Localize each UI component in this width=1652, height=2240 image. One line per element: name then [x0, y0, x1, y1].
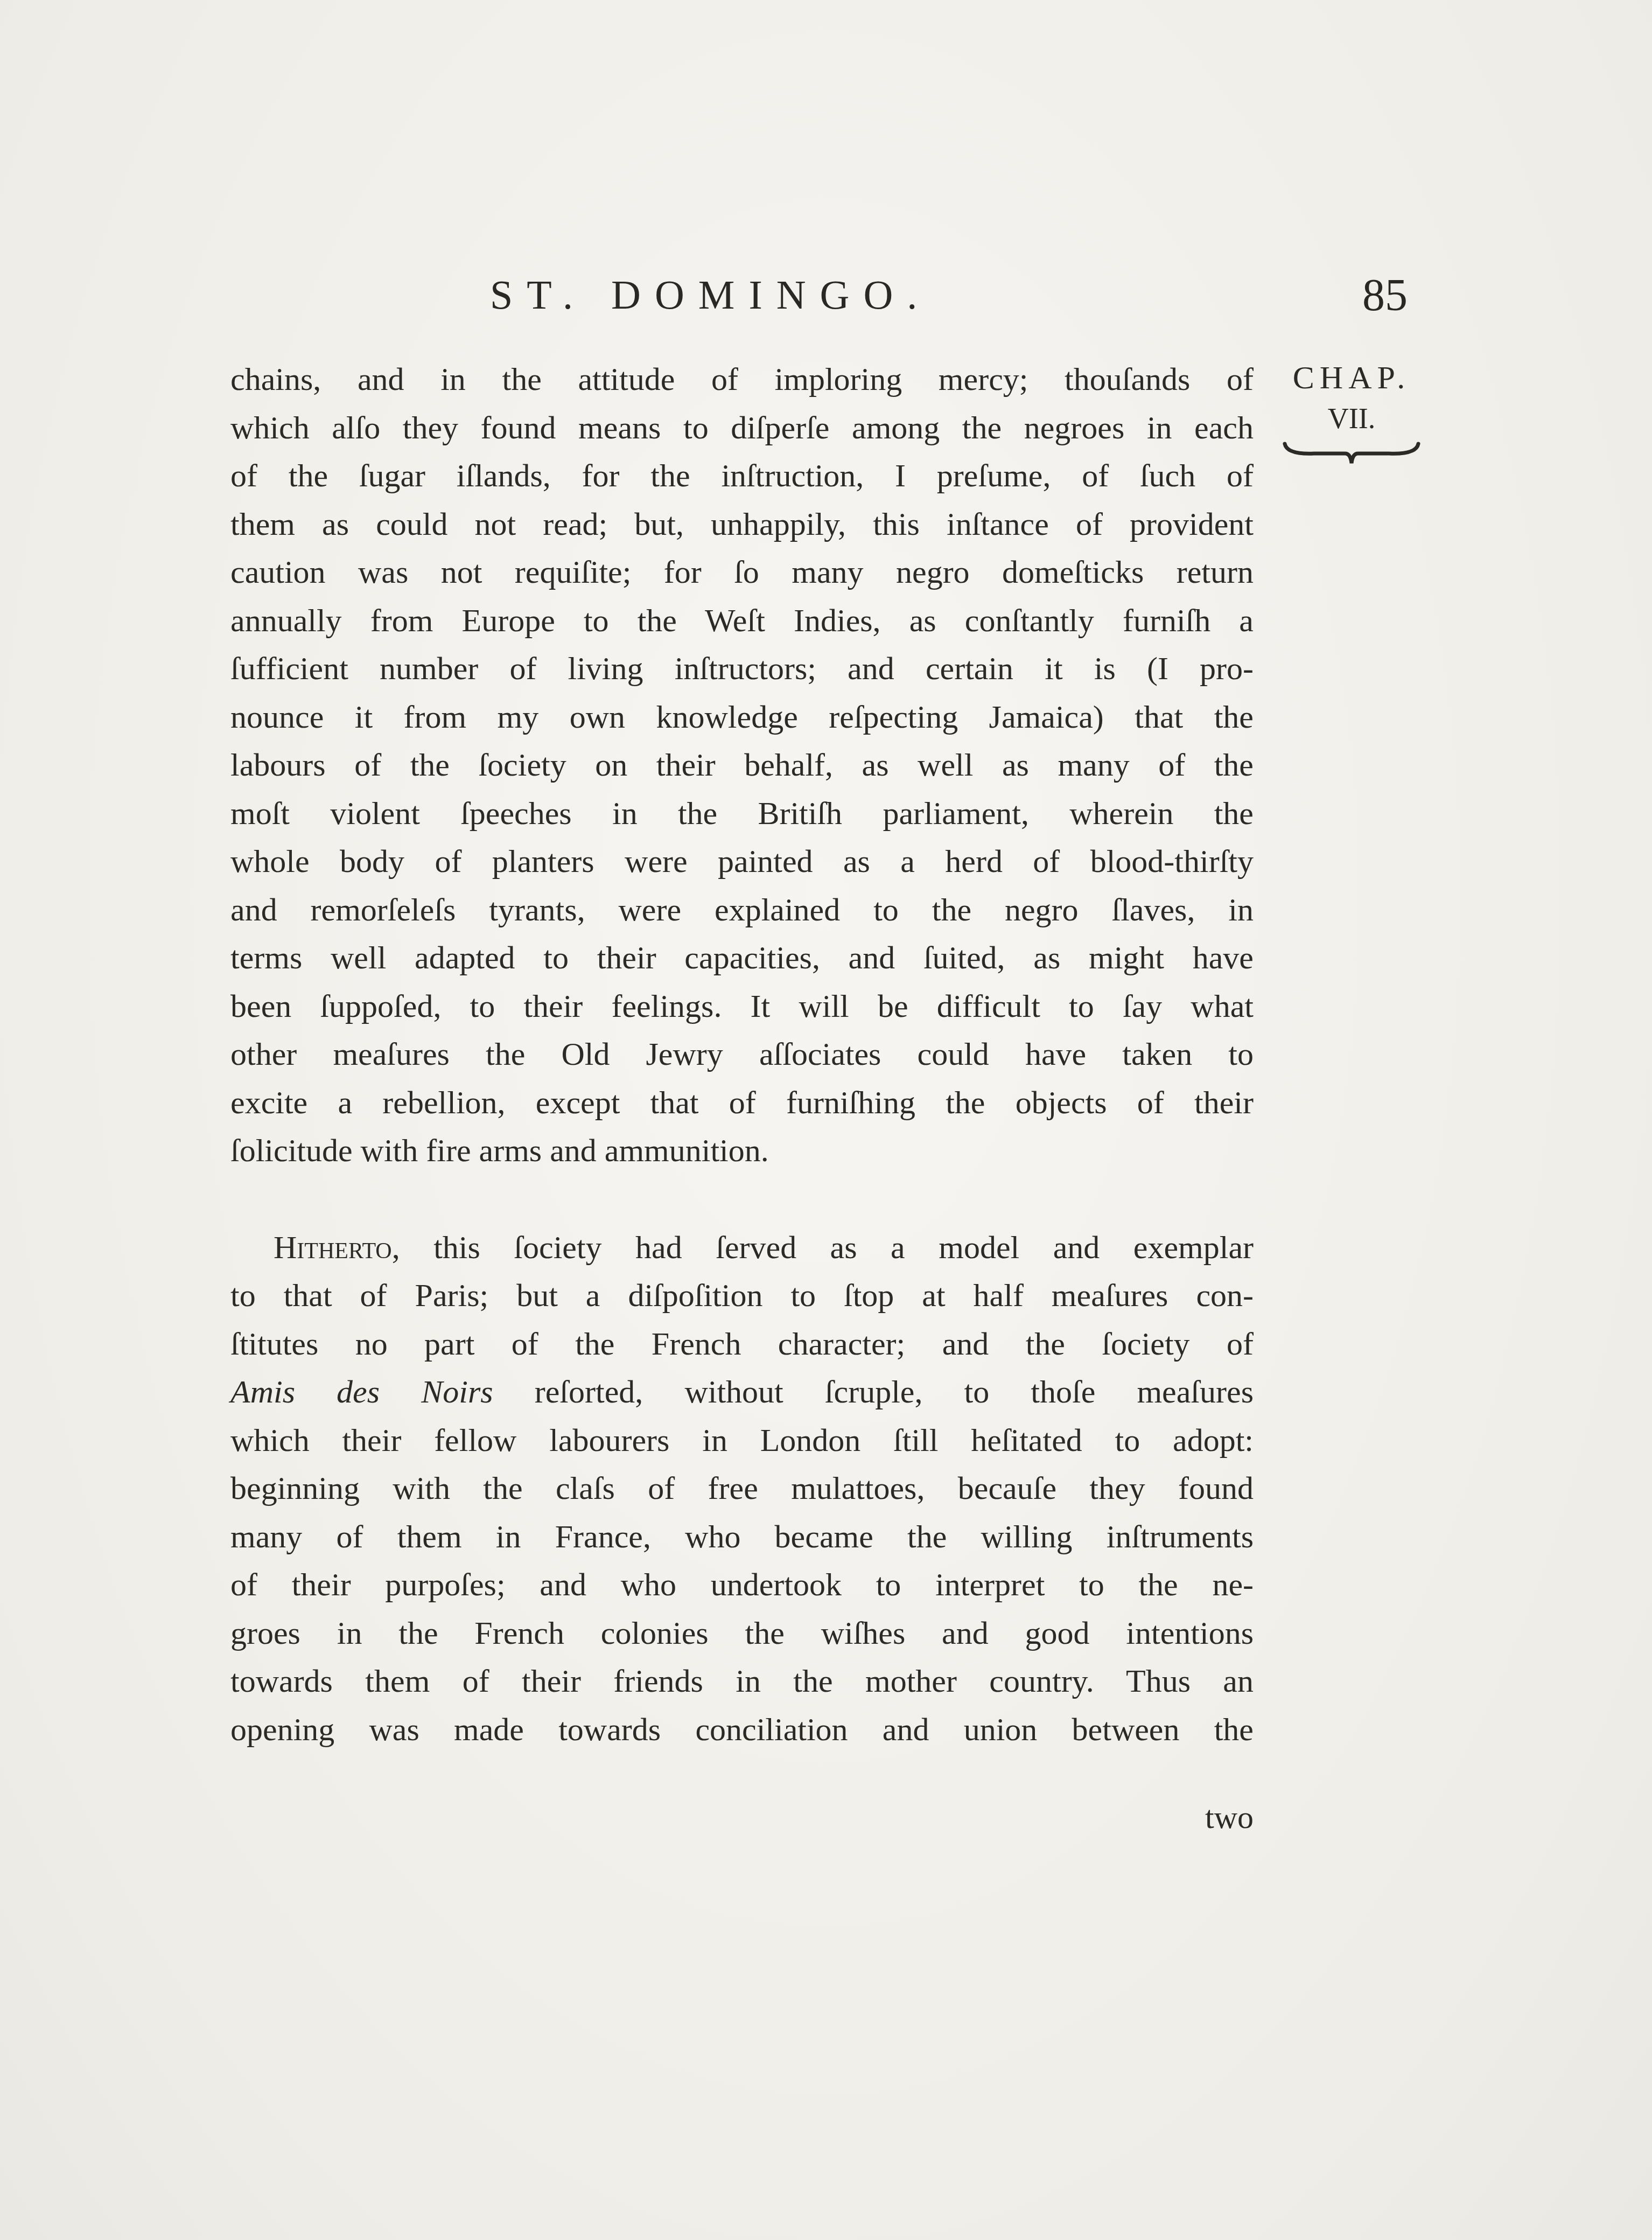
catchword: two: [230, 1799, 1254, 1836]
text-line: of the ſugar iſlands, for the inſtructio…: [230, 452, 1254, 500]
paragraph-1: chains, and in the attitude of imploring…: [230, 355, 1254, 1175]
paragraph-2: Hitherto, this ſociety had ſerved as a m…: [230, 1224, 1254, 1754]
body-text: chains, and in the attitude of imploring…: [230, 355, 1254, 1754]
text-line: Hitherto, this ſociety had ſerved as a m…: [230, 1224, 1254, 1272]
text-line: chains, and in the attitude of imploring…: [230, 355, 1254, 404]
text-line: to that of Paris; but a diſpoſition to ſ…: [230, 1272, 1254, 1320]
text-line: terms well adapted to their capacities, …: [230, 934, 1254, 982]
text-line: ſolicitude with fire arms and ammunition…: [230, 1127, 1254, 1175]
text-line: them as could not read; but, unhappily, …: [230, 500, 1254, 549]
text-line: many of them in France, who became the w…: [230, 1513, 1254, 1561]
text-line: which their fellow labourers in London ſ…: [230, 1416, 1254, 1465]
small-caps-opening: Hitherto: [274, 1230, 392, 1265]
chapter-margin-note: CHAP. VII.: [1271, 355, 1432, 466]
chapter-label: CHAP.: [1271, 355, 1432, 400]
text-line: labours of the ſociety on their behalf, …: [230, 741, 1254, 790]
chapter-number: VII.: [1271, 400, 1432, 437]
curly-brace-icon: [1282, 439, 1422, 466]
text-line: opening was made towards conciliation an…: [230, 1706, 1254, 1754]
text-line: which alſo they found means to diſperſe …: [230, 404, 1254, 452]
text-line: moſt violent ſpeeches in the Britiſh par…: [230, 790, 1254, 838]
line-text: reſorted, without ſcruple, to thoſe meaſ…: [493, 1374, 1254, 1409]
text-line: towards them of their friends in the mot…: [230, 1657, 1254, 1706]
text-line: of their purpoſes; and who undertook to …: [230, 1561, 1254, 1609]
text-line: ſufficient number of living inſtructors;…: [230, 645, 1254, 693]
text-line: been ſuppoſed, to their feelings. It wil…: [230, 982, 1254, 1031]
running-title: ST. DOMINGO.: [490, 272, 931, 319]
text-line: caution was not requiſite; for ſo many n…: [230, 548, 1254, 597]
text-line: other meaſures the Old Jewry aſſociates …: [230, 1030, 1254, 1079]
text-line: annually from Europe to the Weſt Indies,…: [230, 597, 1254, 645]
page-number: 85: [1362, 269, 1408, 322]
text-line: beginning with the claſs of free mulatto…: [230, 1464, 1254, 1513]
paragraph-2-continued: which their fellow labourers in London ſ…: [230, 1416, 1254, 1754]
paragraph-gap: [230, 1175, 1254, 1224]
text-line: Amis des Noirs reſorted, without ſcruple…: [230, 1368, 1254, 1416]
italic-phrase: Amis des Noirs: [230, 1374, 493, 1409]
text-line: whole body of planters were painted as a…: [230, 838, 1254, 886]
text-line: excite a rebellion, except that of furni…: [230, 1079, 1254, 1127]
text-line: groes in the French colonies the wiſhes …: [230, 1609, 1254, 1658]
text-line: nounce it from my own knowledge reſpecti…: [230, 693, 1254, 742]
text-line: and remorſeleſs tyrants, were explained …: [230, 886, 1254, 934]
book-page: ST. DOMINGO. 85 CHAP. VII. chains, and i…: [0, 0, 1652, 2240]
text-line: ſtitutes no part of the French character…: [230, 1320, 1254, 1369]
line-text: , this ſociety had ſerved as a model and…: [392, 1230, 1254, 1265]
